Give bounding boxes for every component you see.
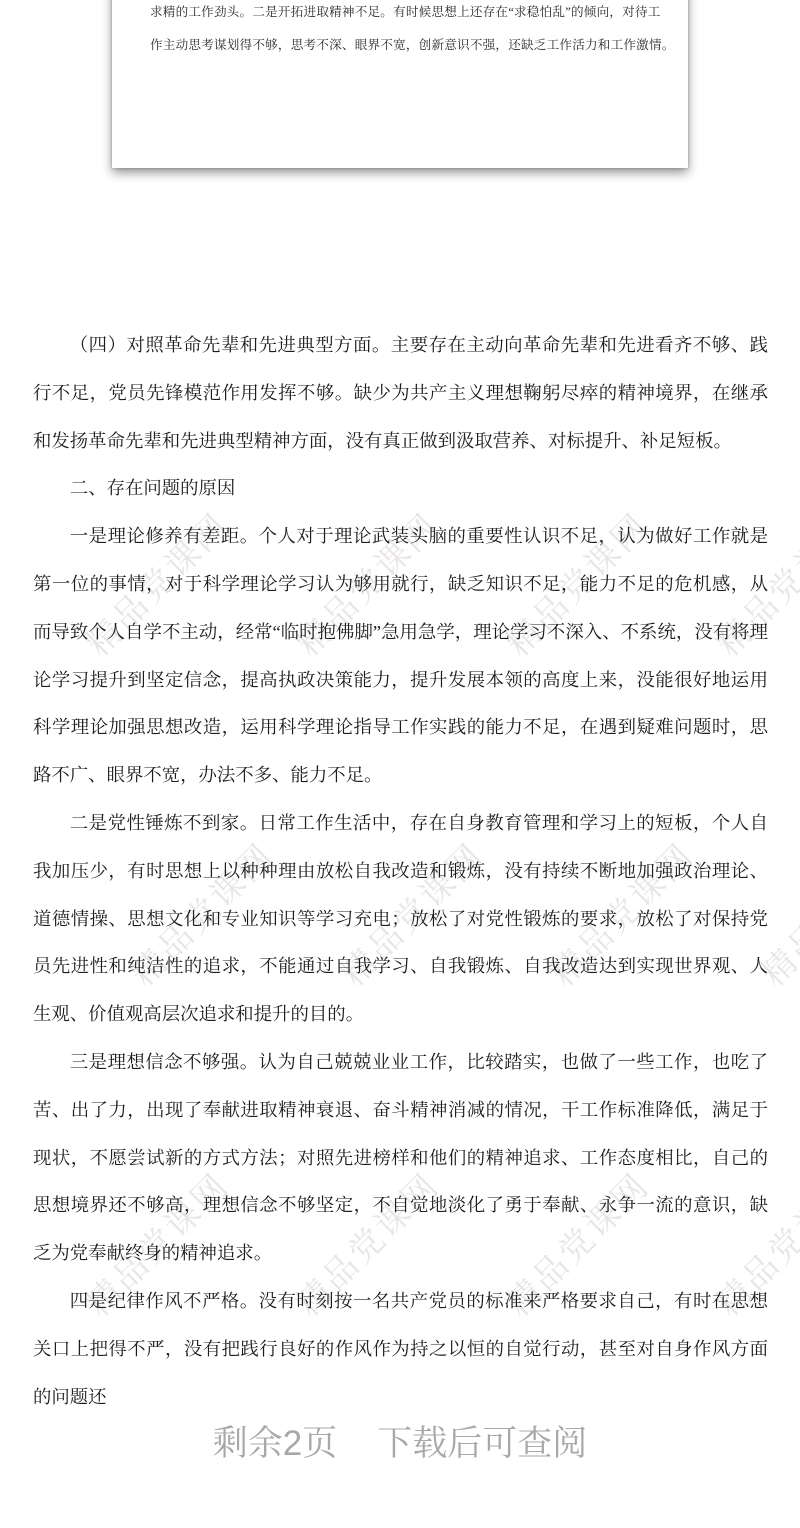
body-paragraph: （四）对照革命先辈和先进典型方面。主要存在主动向革命先辈和先进看齐不够、践行不足… xyxy=(33,322,768,465)
body-paragraph: 二是党性锤炼不到家。日常工作生活中，存在自身教育管理和学习上的短板，个人自我加压… xyxy=(33,800,768,1039)
download-hint-label: 下载后可查阅 xyxy=(377,1424,587,1463)
preview-text-line: 求精的工作劲头。二是开拓进取精神不足。有时候思想上还存在“求稳怕乱”的倾向，对待… xyxy=(150,0,656,29)
body-paragraph: 一是理论修养有差距。个人对于理论武装头脑的重要性认识不足，认为做好工作就是第一位… xyxy=(33,513,768,800)
remaining-pages-note: 剩余2页下载后可查阅 xyxy=(0,1422,800,1466)
preview-page-text: 求精的工作劲头。二是开拓进取精神不足。有时候思想上还存在“求稳怕乱”的倾向，对待… xyxy=(150,0,656,62)
remaining-pages-label: 剩余2页 xyxy=(213,1424,337,1463)
page: { "preview_page": { "lines": [ "求精的工作劲头。… xyxy=(0,0,800,1528)
body-paragraph: 三是理想信念不够强。认为自己兢兢业业工作，比较踏实，也做了一些工作，也吃了苦、出… xyxy=(33,1039,768,1278)
body-paragraph: 四是纪律作风不严格。没有时刻按一名共产党员的标准来严格要求自己，有时在思想关口上… xyxy=(33,1278,768,1421)
section-heading: 二、存在问题的原因 xyxy=(33,465,768,513)
document-preview-page: 求精的工作劲头。二是开拓进取精神不足。有时候思想上还存在“求稳怕乱”的倾向，对待… xyxy=(112,0,688,168)
document-body: （四）对照革命先辈和先进典型方面。主要存在主动向革命先辈和先进看齐不够、践行不足… xyxy=(33,322,768,1421)
preview-text-line: 作主动思考谋划得不够，思考不深、眼界不宽，创新意识不强，还缺乏工作活力和工作激情… xyxy=(150,29,656,62)
